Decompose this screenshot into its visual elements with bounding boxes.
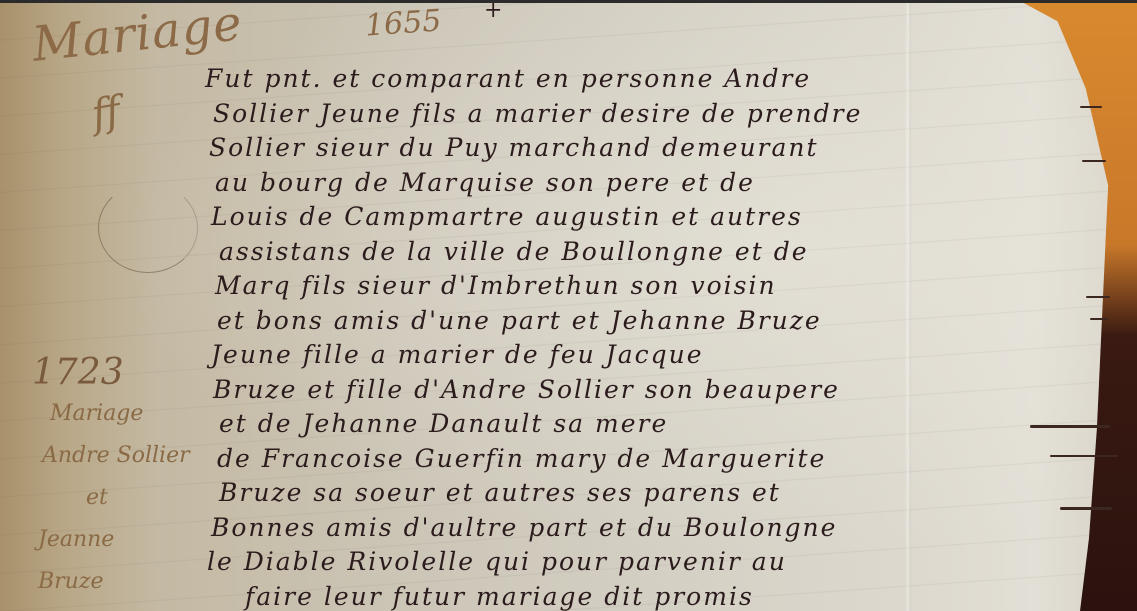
body-line: le Diable Rivolelle qui pour parvenir au [207, 545, 862, 580]
body-line: Sollier sieur du Puy marchand demeurant [209, 131, 862, 166]
body-line: faire leur futur mariage dit promis [245, 580, 862, 611]
body-line: Bruze sa soeur et autres ses parens et [219, 476, 862, 511]
cross-mark: + [484, 0, 504, 23]
body-line: Fut pnt. et comparant en personne Andre [205, 62, 862, 97]
body-line: Sollier Jeune fils a marier desire de pr… [213, 97, 862, 132]
margin-number: 1723 [32, 352, 190, 393]
body-line: et bons amis d'une part et Jehanne Bruze [217, 304, 862, 339]
margin-note-line: et [86, 477, 190, 519]
margin-note-line: Jeanne [38, 519, 190, 561]
margin-note-line: Bruze [38, 561, 190, 603]
body-line: Bruze et fille d'Andre Sollier son beaup… [213, 373, 862, 408]
margin-note-line: Mariage [50, 393, 190, 435]
manuscript-photo: Mariage 1655 + ff Fut pnt. et comparant … [0, 0, 1137, 611]
body-line: Marq fils sieur d'Imbrethun son voisin [215, 269, 862, 304]
body-line: Louis de Campmartre augustin et autres [211, 200, 862, 235]
body-line: Jeune fille a marier de feu Jacque [211, 338, 862, 373]
body-line: de Francoise Guerfin mary de Marguerite [217, 442, 862, 477]
body-line: au bourg de Marquise son pere et de [215, 166, 862, 201]
margin-note-line: Andre Sollier [42, 435, 190, 477]
top-bar [0, 0, 1137, 3]
body-line: et de Jehanne Danault sa mere [219, 407, 862, 442]
body-text: Fut pnt. et comparant en personne Andre … [205, 62, 862, 611]
margin-circle-mark [98, 183, 198, 273]
margin-notes: 1723 Mariage Andre Sollier et Jeanne Bru… [30, 352, 190, 603]
paper-fold [905, 3, 911, 611]
header-year: 1655 [364, 3, 443, 43]
body-line: assistans de la ville de Boullongne et d… [219, 235, 862, 270]
body-line: Bonnes amis d'aultre part et du Boulongn… [211, 511, 862, 546]
